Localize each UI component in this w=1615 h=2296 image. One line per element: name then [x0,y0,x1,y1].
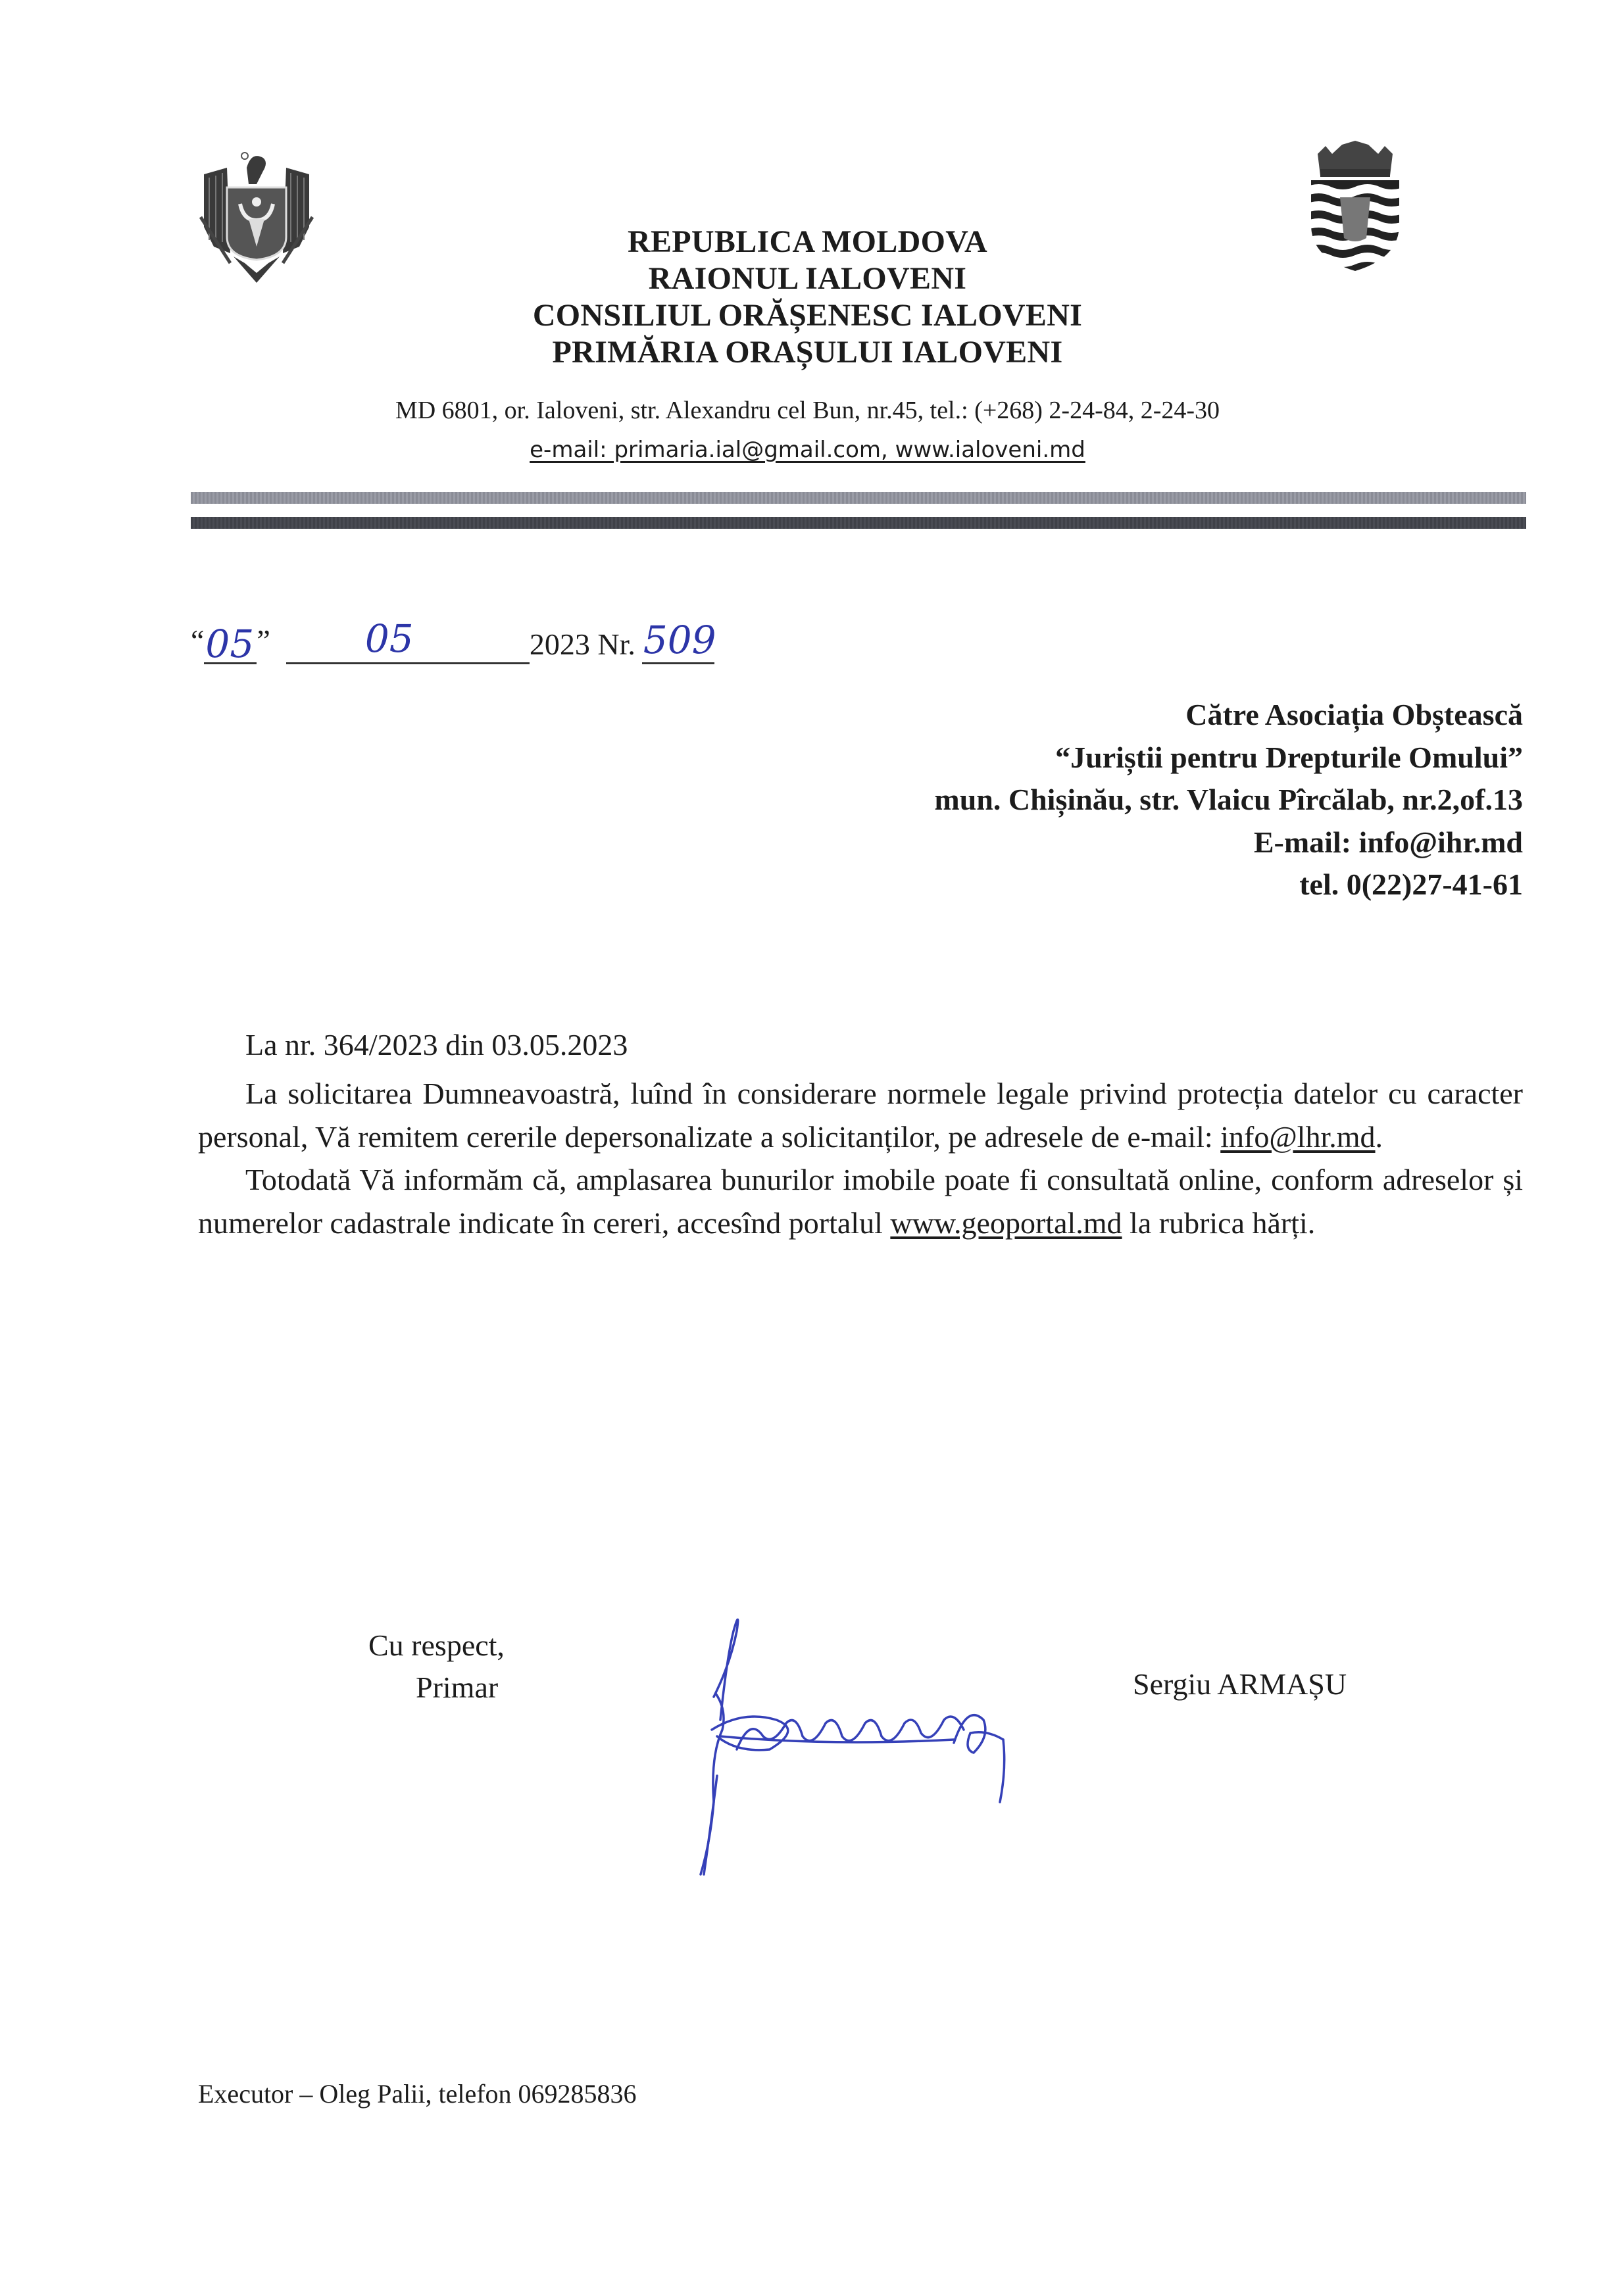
recipient-organization-type: Către Asociația Obștească [934,694,1523,737]
handwritten-signature [664,1605,1072,1881]
header-rule-dark [191,517,1526,529]
recipient-organization-name: “Juriștii pentru Drepturile Omului” [934,737,1523,779]
recipient-block: Către Asociația Obștească “Juriștii pent… [934,694,1523,906]
mayoralty-name: PRIMĂRIA ORAȘULUI IALOVENI [0,334,1615,371]
body-paragraph-1: La solicitarea Dumneavoastră, luînd în c… [198,1072,1523,1158]
month-field: 05 [286,616,530,664]
letter-body: La solicitarea Dumneavoastră, luînd în c… [198,1072,1523,1244]
district-name: RAIONUL IALOVENI [0,260,1615,297]
country-name: REPUBLICA MOLDOVA [0,224,1615,260]
day-handwritten: 05 [205,622,254,666]
signer-name: Sergiu ARMAȘU [1133,1667,1347,1701]
letterhead-contact-link[interactable]: e-mail: primaria.ial@gmail.com, www.ialo… [530,437,1085,463]
recipient-email: E-mail: info@ihr.md [934,821,1523,864]
council-name: CONSILIUL ORĂȘENESC IALOVENI [0,297,1615,334]
close-quote: ” [257,623,270,658]
letterhead-address: MD 6801, or. Ialoveni, str. Alexandru ce… [0,396,1615,425]
registration-line: “ 05 ” 05 2023 Nr. 509 [191,612,714,664]
email-link[interactable]: info@lhr.md [1220,1120,1375,1154]
executor-line: Executor – Oleg Palii, telefon 069285836 [198,2078,637,2109]
body-paragraph-2: Totodată Vă informăm că, amplasarea bunu… [198,1158,1523,1244]
recipient-address: mun. Chișinău, str. Vlaicu Pîrcălab, nr.… [934,779,1523,821]
signer-title: Primar [368,1667,505,1709]
salutation: Cu respect, [368,1624,505,1667]
geoportal-link[interactable]: www.geoportal.md [890,1206,1122,1240]
number-field: 509 [642,616,714,664]
closing-block: Cu respect, Primar [368,1624,505,1709]
reference-line: La nr. 364/2023 din 03.05.2023 [245,1027,628,1062]
recipient-phone: tel. 0(22)27-41-61 [934,864,1523,906]
number-handwritten: 509 [643,618,716,662]
month-handwritten: 05 [365,616,414,661]
year-label: 2023 Nr. [530,627,635,662]
open-quote: “ [191,623,204,658]
day-field: 05 [204,616,257,664]
header-rule-light [191,492,1526,504]
letterhead-title: REPUBLICA MOLDOVA RAIONUL IALOVENI CONSI… [0,224,1615,371]
